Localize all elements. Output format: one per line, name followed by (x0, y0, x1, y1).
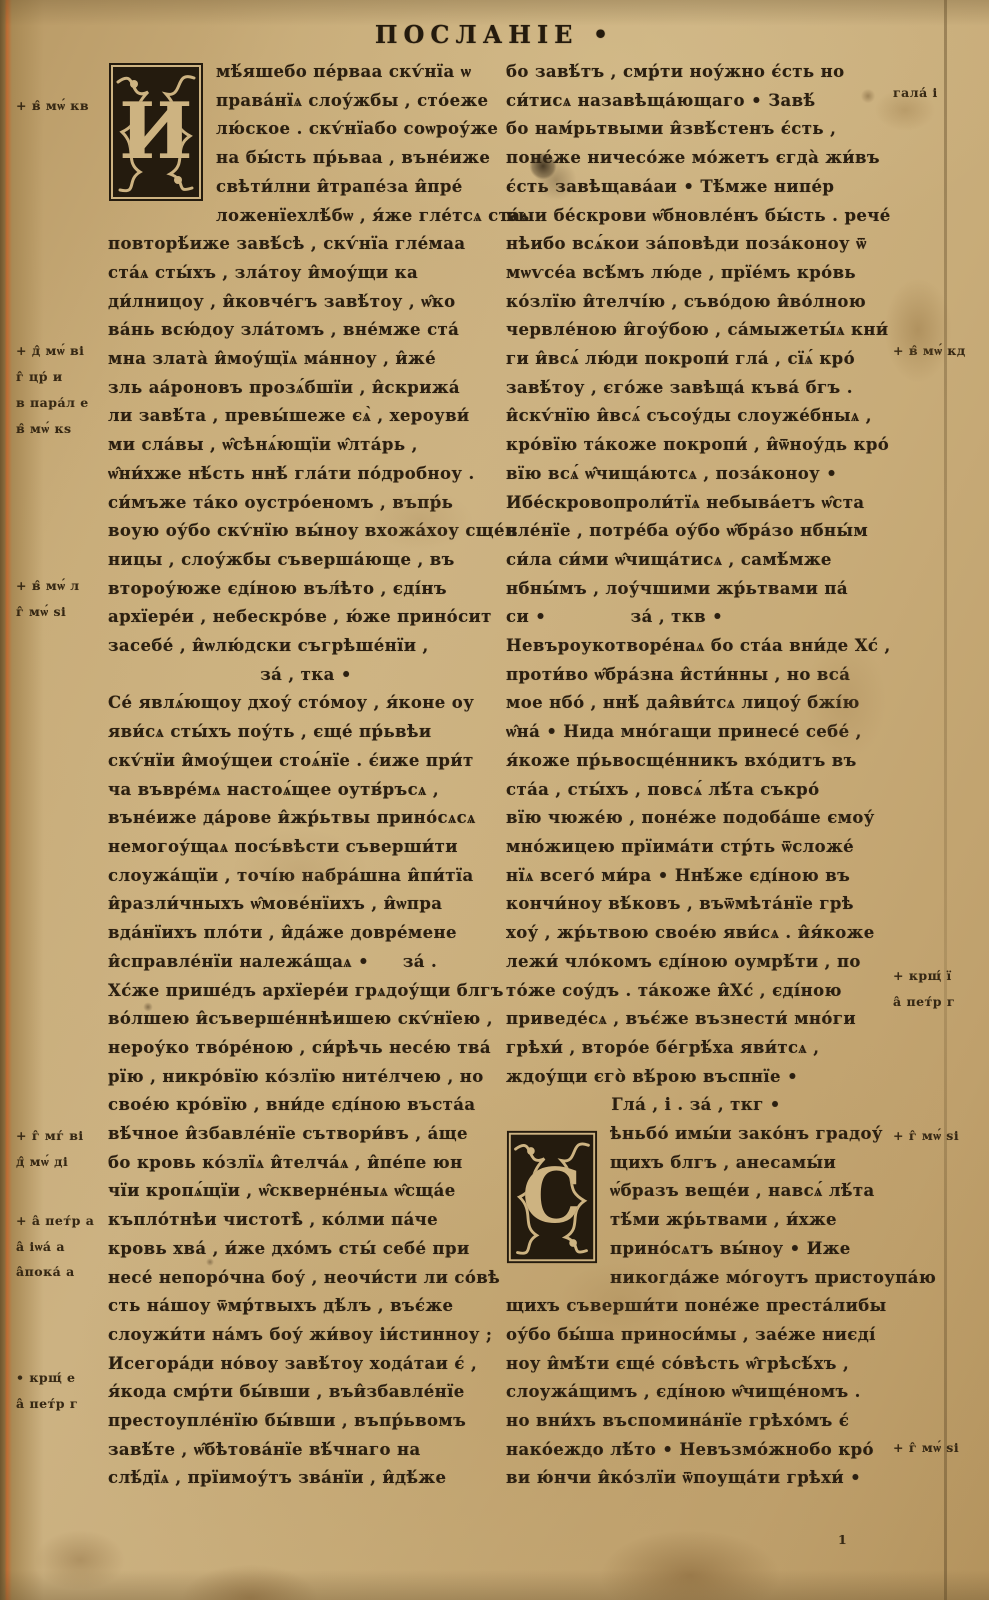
margin-note: + г̂ мѡ́ ѕі (893, 1440, 959, 1456)
text-line: и̂разли́чныхъ ѡ̂мове́нїихъ , и̂ѡпра (108, 890, 504, 919)
text-line: Се́ явлѧ́ющоу дхоу́ сто́моу , я́коне оу (108, 689, 504, 718)
text-line: сть на́шоу ѿмр́твыхъ дѣ́лъ , въє́же (108, 1292, 504, 1321)
text-line: ста́а , сты́хъ , повсѧ́ лѣ́та съкро́ (506, 776, 886, 805)
margin-note: а̂ іѡа́ а (16, 1239, 65, 1255)
text-line: повторѣ́иже завѣ́сѣ , скѵ́нїа гле́маа (108, 230, 504, 259)
margin-note: + а̂ пет́р а (16, 1213, 94, 1228)
text-line: поне́же ничесо́же мо́жетъ єгда̀ жи́въ (506, 144, 886, 173)
text-line: нбны́мъ , лоу́чшими жр́ьтвами па́ (506, 575, 886, 604)
text-line: мѡѵсе́а всѣ́мъ лю́де , прїе́мъ кро́вь (506, 259, 886, 288)
text-line: чїи кропѧ́щїи , ѡ̂скверне́ныѧ ѡ̂сща́е (108, 1177, 504, 1206)
text-line: завѣ́тоу , єго́же завѣща́ къва́ бгъ . (506, 374, 886, 403)
text-line: Исегора́ди но́воу завѣ́тоу хода́таи є́ , (108, 1350, 504, 1379)
page-bottom-shadow (0, 1570, 989, 1600)
text-line: си́мъже та́ко оустро́еномъ , въпр́ь (108, 489, 504, 518)
text-line: си́ла си́ми ѡ̂чища́тисѧ , самѣ́мже (506, 546, 886, 575)
margin-note: в̂ мѡ́ кѕ (16, 421, 72, 437)
text-line: престоупле́нїю бы́вши , въпр́ьвомъ (108, 1407, 504, 1436)
text-line: воую оу́бо скѵ́нїю вы́ноу вхожа́хоу сще́… (108, 517, 504, 546)
margin-note: а̂ пет́р г (16, 1396, 78, 1411)
text-line: мно́жицею прїима́ти стр́ть ѿсложе́ (506, 833, 886, 862)
text-line: бо завѣ́тъ , смр́ти ноу́жно є́сть но (506, 58, 886, 87)
text-line: вле́нїе , потре́ба оу́бо ѡ̂бра́зо нбны́м (506, 517, 886, 546)
margin-note: 1 (838, 1532, 847, 1547)
text-line: слоужа́щїи , точі́ю набра́шна и̂пи́тїа (108, 862, 504, 891)
text-line: ста́ѧ сты́хъ , зла́тоу и̂моу́щи ка (108, 259, 504, 288)
text-line: ѡ̂ни́хже нѣ́сть ннѣ́ гла́ти по́дробноу . (108, 460, 504, 489)
text-line: Невъроукотворе́наѧ бо ста́а вни́де Хс́ , (506, 632, 886, 661)
text-line: вда́нїихъ пло́ти , и̂да́же довре́мене (108, 919, 504, 948)
text-line: вїю всѧ́ ѡ̂чища́ютсѧ , поза́коноу • (506, 460, 886, 489)
margin-note: • крщ́ е (16, 1370, 75, 1385)
text-line: ко́злїю и̂телчі́ю , съво́дою и̂во́лною (506, 288, 886, 317)
text-line: засебе́ , и̂ѡлю́дски съгрѣше́нїи , (108, 632, 504, 661)
text-line: ми сла́вы , ѡ̂сѣнѧ́ющїи ѡ̂лта́рь , (108, 431, 504, 460)
running-header: ПОСЛАНІЕ • (0, 20, 989, 49)
page-gutter-edge (0, 0, 46, 1600)
text-line: Гла́ , і . за́ , ткг • (506, 1091, 886, 1120)
drop-cap-initial-С: С (506, 1124, 598, 1270)
text-line: архїере́и , небескро́ве , ю́же прино́сит (108, 603, 504, 632)
text-line: щихъ съверши́ти поне́же преста́либы (506, 1292, 886, 1321)
text-line: немогоу́щаѧ посъ́вѣсти съверши́ти (108, 833, 504, 862)
text-line: грѣхи́ , второ́е бе́грѣ́ха яви́тсѧ , (506, 1034, 886, 1063)
text-line: хоу́ , жр́ьтвою свое́ю яви́сѧ . и̂я́коже (506, 919, 886, 948)
text-line: ницы , слоу́жбы съверша́юще , въ (108, 546, 504, 575)
text-line: Хс́же прише́дъ архїере́и грѧдоу́щи блгъ (108, 977, 504, 1006)
text-line: завѣ́те , ѡ̂бѣтова́нїе вѣ́чнаго на (108, 1436, 504, 1465)
text-line: къпло́тнѣи чистотѣ̀ , ко́лми па́че (108, 1206, 504, 1235)
text-line: лежи́ чло́комъ єді́ною оумрѣ́ти , по (506, 948, 886, 977)
text-line: ди́лницоу , и̂ковче́гъ завѣ́тоу , ѡ̂ко (108, 288, 504, 317)
text-line: нїѧ всего́ ми́ра • Ннѣ́же єді́ною въ (506, 862, 886, 891)
text-column-right: бо завѣ́тъ , смр́ти ноу́жно є́сть носи́т… (506, 58, 886, 1493)
text-line: оу́бо бы́ша приноси́мы , зае́же ниєді́ (506, 1321, 886, 1350)
text-line: ча въвре́мѧ настоѧ́щее оутв́ръсѧ , (108, 776, 504, 805)
text-line: нѣибо всѧ́кои за́повѣди поза́коноу ѿ (506, 230, 886, 259)
margin-note: + крщ́ ї (893, 968, 952, 983)
margin-note: + в̂ мѡ́ кд (893, 343, 966, 359)
text-line: Ибе́скровопроли́тїѧ небыва́етъ ѡ̂ста (506, 489, 886, 518)
text-line: ли завѣ́та , превы́шеже єѧ̀ , хероуви́ (108, 402, 504, 431)
text-line: ви ю́нчи и̂ко́злїи ѿпоуща́ти грѣхи́ • (506, 1464, 886, 1493)
text-line: выи бе́скрови ѡ̂бновле́нъ бы́сть . рече́ (506, 202, 886, 231)
margin-note: а̂ пет́р г (893, 994, 955, 1009)
text-line: ложенїехлѣ́бѡ , я́же гле́тсѧ ста́ѧ . (108, 202, 504, 231)
text-line: слоужа́щимъ , єді́ною ѡ̂чище́номъ . (506, 1378, 886, 1407)
text-line: и̂скѵ́нїю и̂всѧ́ съсоу́ды слоуже́бныѧ , (506, 402, 886, 431)
text-line: ѡ̂на́ • Нида мно́гащи принесе́ себе́ , (506, 718, 886, 747)
text-line: кончи́ноу вѣ́ковъ , въѿмѣта́нїе грѣ (506, 890, 886, 919)
text-line: нероу́ко тво́ре́ною , си́рѣчь несе́ю тва… (108, 1034, 504, 1063)
text-line: второу́юже єді́ною въл́ѣто , єді́нъ (108, 575, 504, 604)
text-line: за́ , тка • (108, 661, 504, 690)
text-line: кро́вїю та́коже покропи́ , и̂ѿноу́дь кро… (506, 431, 886, 460)
text-line: ва́нь всю́доу зла́томъ , вне́мже ста́ (108, 316, 504, 345)
text-line: зль аа́роновъ прозѧ́бшїи , и̂скрижа́ (108, 374, 504, 403)
text-line: є́сть завѣщава́аи • Тѣ́мже нипе́р (506, 173, 886, 202)
text-line: я́коже пр́ьвосще́нникъ вхо́дитъ въ (506, 747, 886, 776)
margin-note: д̂ мѡ́ ді (16, 1154, 68, 1170)
margin-note: в пара́л е (16, 395, 89, 410)
page-right-edge (934, 0, 989, 1600)
text-column-left: Имѣ́яшебо пе́рваа скѵ́нїа ѡправа́нїѧ сло… (108, 58, 504, 1493)
text-line: ждоу́щи єго̀ вѣ́рою въспнїе • (506, 1063, 886, 1092)
text-line: то́же соу́дъ . та́коже и̂Хс́ , єді́ною (506, 977, 886, 1006)
svg-text:И: И (119, 86, 193, 177)
text-line: ноу и̂мѣ́ти єще́ со́вѣсть ѡ̂грѣсѣ́хъ , (506, 1350, 886, 1379)
margin-note: + в̂ мѡ́ л (16, 578, 80, 594)
margin-note: + в̂ мѡ́ кв (16, 98, 89, 114)
page-crease (944, 0, 947, 1600)
text-line: си́тисѧ назавѣща́ющаго • Завѣ́ (506, 87, 886, 116)
text-line: слѣ́дїѧ , прїимоу́тъ зва́нїи , и̂дѣ́же (108, 1464, 504, 1493)
text-line: нако́еждо лѣ́то • Невъзмо́жнобо кро́ (506, 1436, 886, 1465)
text-line: проти́во ѡ̂бра́зна и̂сти́нны , но вса́ (506, 661, 886, 690)
svg-text:С: С (522, 1152, 582, 1240)
text-line: несе́ непоро́чна боу́ , неочи́сти ли со́… (108, 1264, 504, 1293)
text-line: бо кровь ко́злїѧ и̂телча́ѧ , и̂пе́пе юн (108, 1149, 504, 1178)
text-line: свое́ю кро́вїю , вни́де єді́ною въста́а (108, 1091, 504, 1120)
text-line: вѣ́чное и̂збавле́нїе сътвори́въ , а́ще (108, 1120, 504, 1149)
text-line: скѵ́нїи и̂моу́щеи стоѧ́нїе . є́иже при́т (108, 747, 504, 776)
text-line: си • за́ , ткв • (506, 603, 886, 632)
text-line: рїю , никро́вїю ко́злїю ните́лчею , но (108, 1063, 504, 1092)
text-line: во́лшею и̂съверше́ннѣишею скѵ́нїею , (108, 1005, 504, 1034)
margin-note: г̂ цр́ и (16, 369, 63, 384)
margin-note: г̂ мѡ́ ѕі (16, 604, 66, 620)
text-line: яви́сѧ сты́хъ поу́ть , єще́ пр́ьвѣи (108, 718, 504, 747)
text-line: кровь хва́ , и́же дхо́мъ сты́ себе́ при (108, 1235, 504, 1264)
margin-note: гала́ і (893, 85, 938, 100)
text-line: слоужи́ти на́мъ боу́ жи́воу іи́стинноу ; (108, 1321, 504, 1350)
text-line: бо нам́рьтвыми и̂звѣ́стенъ є́сть , (506, 115, 886, 144)
margin-note: + г̂ мѓ ві (16, 1128, 84, 1143)
scanned-book-page: ПОСЛАНІЕ • Имѣ́яшебо пе́рваа скѵ́нїа ѡпр… (0, 0, 989, 1600)
margin-note: а̂пока́ а (16, 1264, 75, 1279)
text-line: но вни́хъ въспомина́нїе грѣхо́мъ є́ (506, 1407, 886, 1436)
margin-note: + д̂ мѡ́ ві (16, 343, 84, 359)
text-line: червле́ною и̂гоу́бою , са́мыжеты́ѧ кни́ (506, 316, 886, 345)
text-line: мое нбо́ , ннѣ́ дая̂ви́тсѧ лицоу́ бжі́ю (506, 689, 886, 718)
text-line: и̂справле́нїи належа́щаѧ • за́ . (108, 948, 504, 977)
text-line: вїю чюже́ю , поне́же подоба́ше ємоу́ (506, 804, 886, 833)
margin-note: + г̂ мѡ́ ѕі (893, 1128, 959, 1144)
text-line: приведе́сѧ , въє́же възнести́ мно́ги (506, 1005, 886, 1034)
text-line: мна злата̀ и̂моу́щїѧ ма́нноу , и̂же́ (108, 345, 504, 374)
text-line: ги и̂всѧ́ лю́ди покропи́ гла́ , сїѧ́ кро… (506, 345, 886, 374)
text-line: я́кода смр́ти бы́вши , въи̂збавле́нїе (108, 1378, 504, 1407)
drop-cap-initial-И: И (108, 62, 204, 202)
text-line: въне́иже да́рове и̂жр́ьтвы прино́сѧсѧ (108, 804, 504, 833)
